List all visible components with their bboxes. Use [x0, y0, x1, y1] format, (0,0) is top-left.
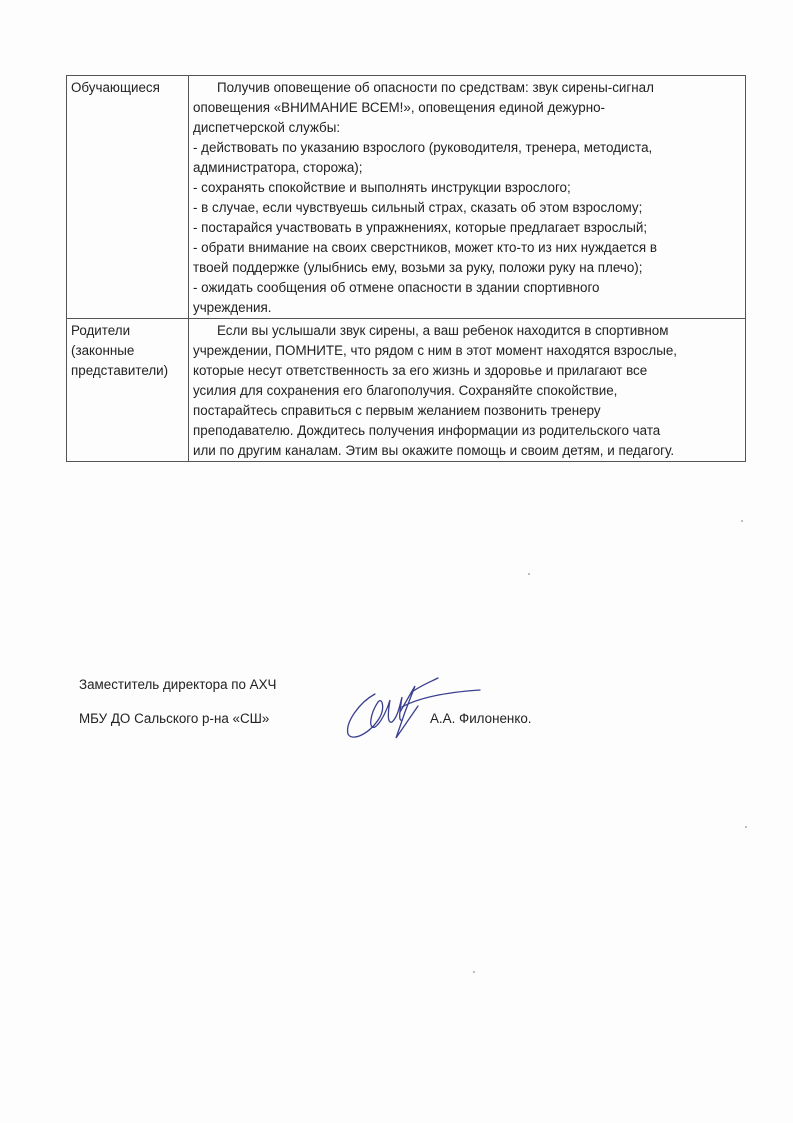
- instructions-table: Обучающиеся Получив оповещение об опасно…: [66, 75, 746, 462]
- text-line: усилия для сохранения его благополучия. …: [193, 381, 741, 401]
- role-label: Родители: [71, 321, 184, 341]
- text-line: учреждении, ПОМНИТЕ, что рядом с ним в э…: [193, 341, 741, 361]
- text-line: - сохранять спокойствие и выполнять инст…: [193, 178, 741, 198]
- table-row-parents: Родители (законные представители) Если в…: [67, 319, 746, 462]
- document-page: Обучающиеся Получив оповещение об опасно…: [0, 0, 793, 1123]
- scan-artifact: [473, 971, 475, 973]
- role-label: Обучающиеся: [71, 80, 160, 95]
- signer-organization: МБУ ДО Сальского р-на «СШ»: [79, 711, 269, 726]
- text-line: учреждения.: [193, 298, 741, 318]
- role-label: представители): [71, 361, 184, 381]
- text-line: постарайтесь справиться с первым желание…: [193, 401, 741, 421]
- scan-artifact: [745, 826, 747, 828]
- role-label: (законные: [71, 341, 184, 361]
- role-cell: Родители (законные представители): [67, 319, 189, 462]
- text-line: которые несут ответственность за его жиз…: [193, 361, 741, 381]
- scan-artifact: [741, 520, 743, 522]
- signer-name: А.А. Филоненко.: [430, 711, 532, 726]
- role-cell: Обучающиеся: [67, 76, 189, 319]
- text-line: Получив оповещение об опасности по средс…: [193, 78, 741, 98]
- text-line: оповещения «ВНИМАНИЕ ВСЕМ!», оповещения …: [193, 98, 741, 118]
- instructions-cell: Получив оповещение об опасности по средс…: [189, 76, 746, 319]
- text-line: преподавателю. Дождитесь получения инфор…: [193, 421, 741, 441]
- scan-artifact: [528, 573, 530, 575]
- text-line: - действовать по указанию взрослого (рук…: [193, 138, 741, 158]
- instructions-cell: Если вы услышали звук сирены, а ваш ребе…: [189, 319, 746, 462]
- text-line: - ожидать сообщения об отмене опасности …: [193, 278, 741, 298]
- signer-position: Заместитель директора по АХЧ: [79, 677, 276, 692]
- text-line: Если вы услышали звук сирены, а ваш ребе…: [193, 321, 741, 341]
- text-line: или по другим каналам. Этим вы окажите п…: [193, 441, 741, 461]
- text-line: - постарайся участвовать в упражнениях, …: [193, 218, 741, 238]
- table-row-students: Обучающиеся Получив оповещение об опасно…: [67, 76, 746, 319]
- text-line: - обрати внимание на своих сверстников, …: [193, 238, 741, 258]
- text-line: - в случае, если чувствуешь сильный стра…: [193, 198, 741, 218]
- text-line: диспетчерской службы:: [193, 118, 741, 138]
- text-line: твоей поддержке (улыбнись ему, возьми за…: [193, 258, 741, 278]
- text-line: администратора, сторожа);: [193, 158, 741, 178]
